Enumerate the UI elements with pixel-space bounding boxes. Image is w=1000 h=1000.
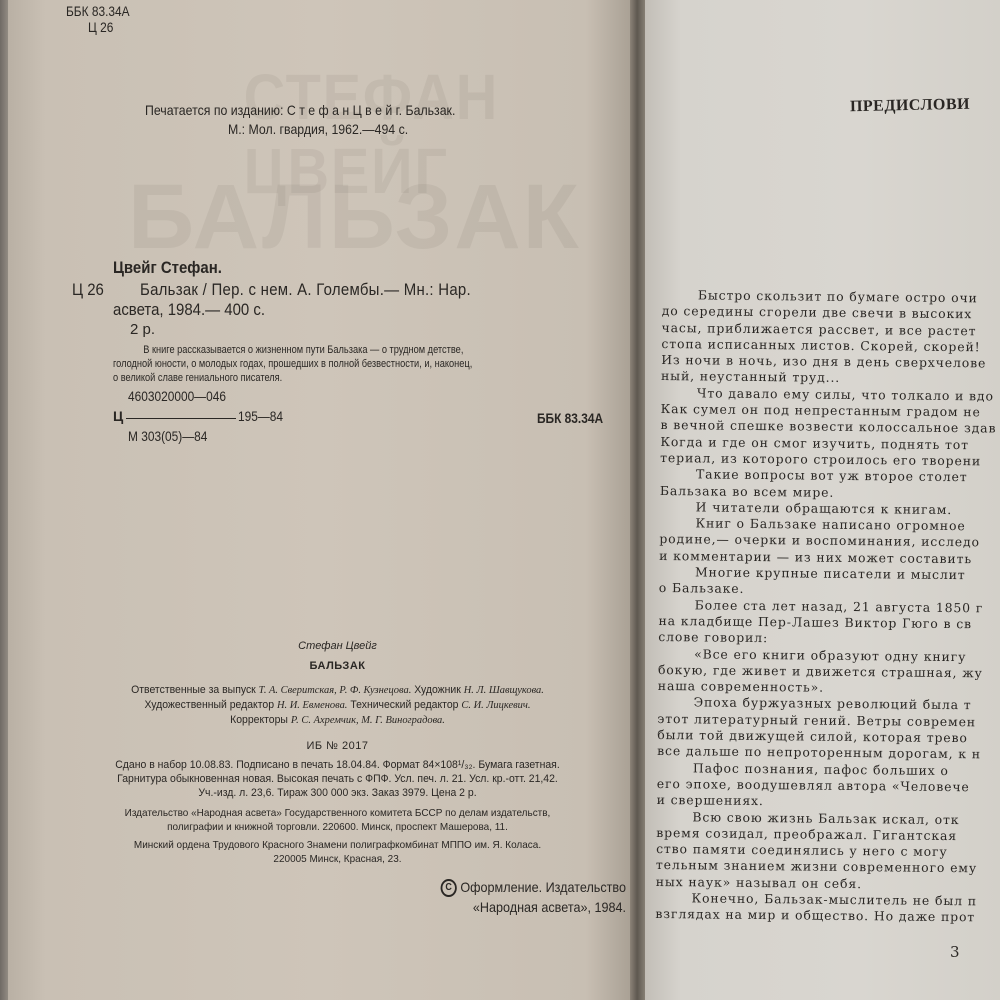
staff-names: С. И. Лицкевич. (461, 699, 530, 711)
staff-names: Н. Л. Шавщукова. (464, 684, 544, 696)
index-code-letter: Ц (113, 408, 123, 424)
staff-label: Корректоры (230, 714, 288, 726)
publisher-line: Издательство «Народная асвета» Государст… (74, 806, 601, 820)
tech-line: Сдано в набор 10.08.83. Подписано в печа… (74, 758, 601, 772)
ghost-bleed-bottom: БАЛЬЗАК (128, 165, 581, 270)
imprint-ib-number: ИБ № 2017 (60, 740, 615, 752)
annotation-line: В книге рассказывается о жизненном пути … (113, 343, 617, 357)
printer-line: 220005 Минск, Красная, 23. (74, 852, 601, 866)
index-fraction-line (126, 418, 236, 419)
catalog-biblio-line-2: асвета, 1984.— 400 с. (113, 300, 265, 320)
index-code-mid: 195—84 (238, 408, 283, 424)
staff-label: Технический редактор (350, 699, 458, 711)
book-gutter (630, 0, 646, 1000)
staff-line-2: Художественный редактор Н. И. Евменова. … (74, 698, 601, 713)
imprint-staff: Ответственные за выпуск Т. А. Сверитская… (74, 683, 601, 728)
tech-line: Уч.-изд. л. 23,6. Тираж 300 000 экз. Зак… (74, 786, 601, 800)
annotation-line: о великой славе гениального писателя. (113, 371, 617, 385)
index-code-bottom: М 303(05)—84 (128, 428, 207, 444)
imprint-publisher: Издательство «Народная асвета» Государст… (74, 806, 601, 834)
page-number: 3 (950, 943, 960, 961)
catalog-bbk: ББК 83.34А (537, 410, 603, 426)
preface-body: Быстро скользит по бумаге остро очидо се… (655, 287, 1000, 927)
catalog-code: Ц 26 (72, 280, 104, 300)
catalog-author: Цвейг Стефан. (113, 258, 222, 278)
author-code-top: Ц 26 (88, 19, 113, 35)
copyright-line-1: Оформление. Издательство (460, 879, 626, 895)
imprint-tech-details: Сдано в набор 10.08.83. Подписано в печа… (74, 758, 601, 800)
catalog-biblio-line-1: Бальзак / Пер. с нем. А. Голембы.— Мн.: … (140, 280, 471, 300)
staff-label: Художник (414, 684, 461, 696)
catalog-annotation: В книге рассказывается о жизненном пути … (113, 343, 617, 385)
staff-line-3: Корректоры Р. С. Ахремчик, М. Г. Виногра… (74, 713, 601, 728)
staff-label: Ответственные за выпуск (131, 684, 256, 696)
staff-names: Т. А. Сверитская, Р. Ф. Кузнецова. (259, 684, 412, 696)
index-code-top: 4603020000—046 (128, 388, 226, 404)
tech-line: Гарнитура обыкновенная новая. Высокая пе… (74, 772, 601, 786)
bbk-code-top: ББК 83.34А (66, 3, 130, 19)
staff-label: Художественный редактор (144, 699, 274, 711)
publisher-line: полиграфии и книжной торговли. 220600. М… (74, 820, 601, 834)
staff-line-1: Ответственные за выпуск Т. А. Сверитская… (74, 683, 601, 698)
printer-line: Минский ордена Трудового Красного Знамен… (74, 838, 601, 852)
printed-from-line-2: М.: Мол. гвардия, 1962.—494 с. (228, 121, 408, 137)
annotation-line: голодной юности, о молодых годах, прошед… (113, 357, 617, 371)
catalog-price: 2 р. (130, 321, 155, 338)
imprint-title: БАЛЬЗАК (60, 660, 615, 672)
printed-from-line-1: Печатается по изданию: С т е ф а н Ц в е… (145, 102, 455, 118)
copyright-line-2: «Народная асвета», 1984. (421, 897, 626, 917)
staff-names: Н. И. Евменова. (277, 699, 347, 711)
copyright-notice: CОформление. Издательство «Народная асве… (421, 877, 626, 917)
copyright-icon: C (441, 879, 457, 897)
imprint-author: Стефан Цвейг (60, 640, 615, 652)
preface-heading: ПРЕДИСЛОВИ (850, 96, 970, 117)
imprint-printer: Минский ордена Трудового Красного Знамен… (74, 838, 601, 866)
staff-names: Р. С. Ахремчик, М. Г. Виноградова. (291, 714, 445, 726)
